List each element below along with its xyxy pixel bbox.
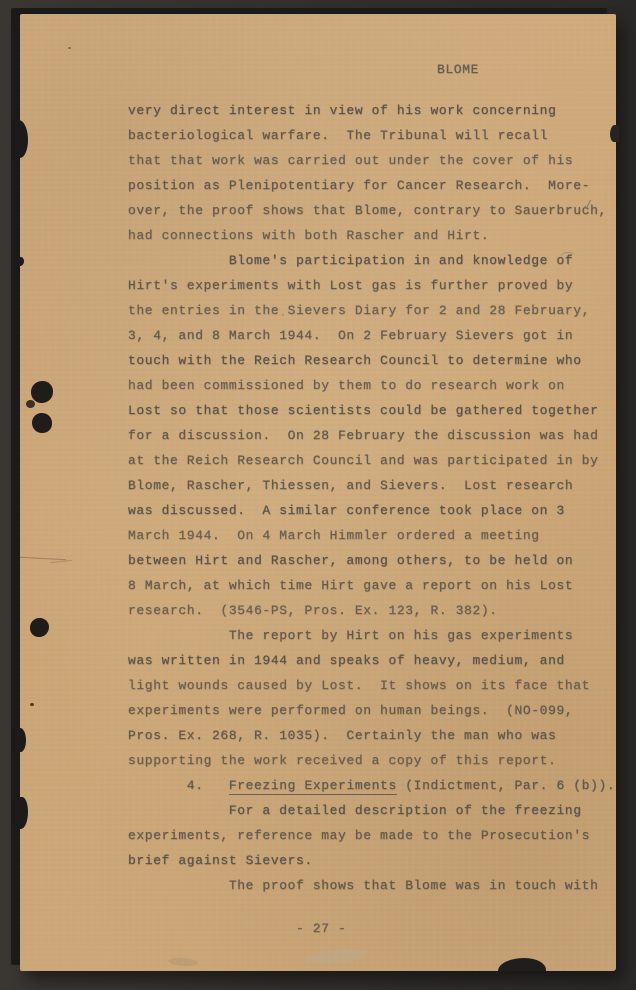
line-text: between Hirt and Rascher, among others, …	[128, 553, 573, 568]
punch-hole	[31, 381, 53, 403]
line-text: that that work was carried out under the…	[128, 153, 573, 168]
line-text: position as Plenipotentiary for Cancer R…	[128, 178, 590, 193]
line-text: the entries in the Sievers Diary for 2 a…	[128, 303, 590, 318]
torn-edge	[15, 797, 28, 829]
document-line: The proof shows that Blome was in touch …	[128, 873, 608, 898]
line-text: was written in 1944 and speaks of heavy,…	[128, 653, 565, 668]
line-text: The report by Hirt on his gas experiment…	[128, 628, 573, 643]
line-text: For a detailed description of the freezi…	[128, 803, 582, 818]
document-line: experiments, reference may be made to th…	[128, 823, 608, 848]
line-text: experiments, reference may be made to th…	[128, 828, 590, 843]
paper-speck	[68, 47, 71, 49]
paper-speck	[30, 703, 34, 706]
paper-speck	[282, 314, 284, 316]
document-line: light wounds caused by Lost. It shows on…	[128, 673, 608, 698]
line-text: 4.	[128, 778, 229, 793]
line-text: Pros. Ex. 268, R. 1035). Certainly the m…	[128, 728, 556, 743]
document-line: supporting the work received a copy of t…	[128, 748, 608, 773]
line-text: very direct interest in view of his work…	[128, 103, 556, 118]
text-body: very direct interest in view of his work…	[128, 98, 608, 898]
paper-smudge	[305, 947, 368, 965]
line-text: bacteriological warfare. The Tribunal wi…	[128, 128, 548, 143]
punch-hole-smudge	[26, 400, 35, 408]
line-text: supporting the work received a copy of t…	[128, 753, 556, 768]
document-page: BLOME very direct interest in view of hi…	[20, 14, 616, 971]
line-text: The proof shows that Blome was in touch …	[128, 878, 598, 893]
document-line: that that work was carried out under the…	[128, 148, 608, 173]
document-line: at the Reich Research Council and was pa…	[128, 448, 608, 473]
torn-edge	[16, 257, 24, 267]
line-text: brief against Sievers.	[128, 853, 313, 868]
line-text: 3, 4, and 8 March 1944. On 2 February Si…	[128, 328, 573, 343]
document-line: brief against Sievers.	[128, 848, 608, 873]
torn-edge	[14, 120, 28, 158]
document-line: The report by Hirt on his gas experiment…	[128, 623, 608, 648]
document-line: Hirt's experiments with Lost gas is furt…	[128, 273, 608, 298]
document-line: Blome, Rascher, Thiessen, and Sievers. L…	[128, 473, 608, 498]
line-text: Blome, Rascher, Thiessen, and Sievers. L…	[128, 478, 573, 493]
torn-edge	[610, 125, 619, 142]
document-line: was discussed. A similar conference took…	[128, 498, 608, 523]
document-line: For a detailed description of the freezi…	[128, 798, 608, 823]
line-text: Lost so that those scientists could be g…	[128, 403, 598, 418]
document-line: between Hirt and Rascher, among others, …	[128, 548, 608, 573]
line-text: was discussed. A similar conference took…	[128, 503, 565, 518]
line-text: at the Reich Research Council and was pa…	[128, 453, 598, 468]
paper-crease	[50, 560, 72, 563]
punch-hole	[30, 618, 49, 637]
line-text: light wounds caused by Lost. It shows on…	[128, 678, 590, 693]
document-line: had connections with both Rascher and Hi…	[128, 223, 608, 248]
line-text: 8 March, at which time Hirt gave a repor…	[128, 578, 573, 593]
document-line: bacteriological warfare. The Tribunal wi…	[128, 123, 608, 148]
document-line: touch with the Reich Research Council to…	[128, 348, 608, 373]
document-line: over, the proof shows that Blome, contra…	[128, 198, 608, 223]
document-line: research. (3546-PS, Pros. Ex. 123, R. 38…	[128, 598, 608, 623]
page-number: - 27 -	[296, 921, 346, 936]
line-text: (Indictment, Par. 6 (b)).	[397, 778, 615, 793]
line-text: March 1944. On 4 March Himmler ordered a…	[128, 528, 540, 543]
underlined-text: Freezing Experiments	[229, 778, 397, 795]
line-text: touch with the Reich Research Council to…	[128, 353, 582, 368]
document-line: for a discussion. On 28 February the dis…	[128, 423, 608, 448]
document-line: March 1944. On 4 March Himmler ordered a…	[128, 523, 608, 548]
document-line: 4. Freezing Experiments (Indictment, Par…	[128, 773, 608, 798]
page-header: BLOME	[437, 62, 479, 77]
document-line: 3, 4, and 8 March 1944. On 2 February Si…	[128, 323, 608, 348]
paper-crease	[20, 557, 66, 560]
line-text: Hirt's experiments with Lost gas is furt…	[128, 278, 573, 293]
line-text: experiments were performed on human bein…	[128, 703, 573, 718]
document-line: position as Plenipotentiary for Cancer R…	[128, 173, 608, 198]
line-text: Blome's participation in and knowledge o…	[128, 253, 573, 268]
torn-edge	[15, 728, 26, 752]
document-line: Lost so that those scientists could be g…	[128, 398, 608, 423]
punch-hole	[32, 413, 52, 433]
document-line: 8 March, at which time Hirt gave a repor…	[128, 573, 608, 598]
document-line: had been commissioned by them to do rese…	[128, 373, 608, 398]
line-text: for a discussion. On 28 February the dis…	[128, 428, 598, 443]
paper-smudge	[168, 957, 198, 967]
document-line: was written in 1944 and speaks of heavy,…	[128, 648, 608, 673]
line-text: over, the proof shows that Blome, contra…	[128, 203, 607, 218]
line-text: had connections with both Rascher and Hi…	[128, 228, 489, 243]
line-text: research. (3546-PS, Pros. Ex. 123, R. 38…	[128, 603, 498, 618]
torn-edge	[498, 958, 546, 971]
line-text: had been commissioned by them to do rese…	[128, 378, 565, 393]
document-line: very direct interest in view of his work…	[128, 98, 608, 123]
document-line: Pros. Ex. 268, R. 1035). Certainly the m…	[128, 723, 608, 748]
photo-backdrop: BLOME very direct interest in view of hi…	[0, 0, 636, 990]
document-line: experiments were performed on human bein…	[128, 698, 608, 723]
document-line: Blome's participation in and knowledge o…	[128, 248, 608, 273]
document-line: the entries in the Sievers Diary for 2 a…	[128, 298, 608, 323]
